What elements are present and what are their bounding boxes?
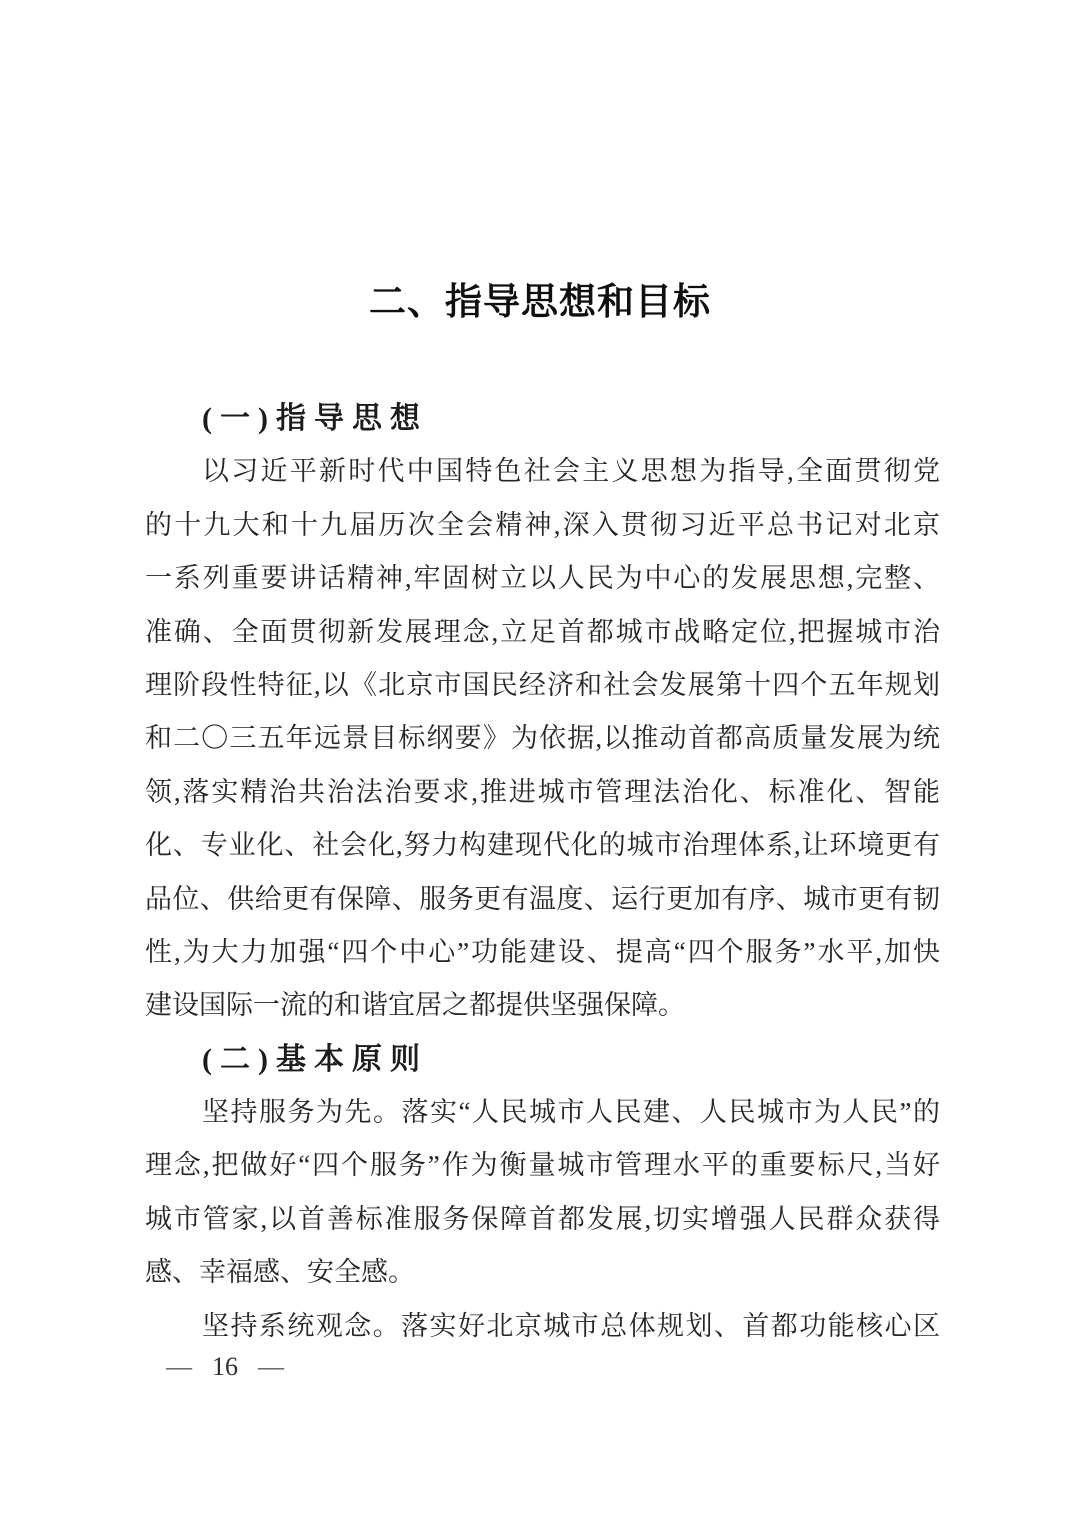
page-number: — 16 — (166, 1350, 284, 1384)
body-line: 坚持系统观念。落实好北京城市总体规划、首都功能核心区 (145, 1300, 940, 1353)
body-line: 理阶段性特征,以《北京市国民经济和社会发展第十四个五年规划 (145, 659, 940, 712)
body-line: 坚持服务为先。落实“人民城市人民建、人民城市为人民”的 (145, 1086, 940, 1139)
body-line: 领,落实精治共治法治要求,推进城市管理法治化、标准化、智能 (145, 766, 940, 819)
body-line: 和二〇三五年远景目标纲要》为依据,以推动首都高质量发展为统 (145, 712, 940, 765)
body-line: 理念,把做好“四个服务”作为衡量城市管理水平的重要标尺,当好 (145, 1139, 940, 1192)
body-line: 建设国际一流的和谐宜居之都提供坚强保障。 (145, 979, 940, 1032)
body-line: 化、专业化、社会化,努力构建现代化的城市治理体系,让环境更有 (145, 819, 940, 872)
page-number-dash-left: — (166, 1352, 192, 1382)
body-line: 性,为大力加强“四个中心”功能建设、提高“四个服务”水平,加快 (145, 926, 940, 979)
document-page: 二、指导思想和目标 (一)指导思想 以习近平新时代中国特色社会主义思想为指导,全… (0, 0, 1080, 1527)
page-number-value: 16 (212, 1352, 238, 1382)
body-line: 一系列重要讲话精神,牢固树立以人民为中心的发展思想,完整、 (145, 552, 940, 605)
body-line: 感、幸福感、安全感。 (145, 1246, 940, 1299)
body-line: 城市管家,以首善标准服务保障首都发展,切实增强人民群众获得 (145, 1193, 940, 1246)
body-line: 的十九大和十九届历次全会精神,深入贯彻习近平总书记对北京 (145, 499, 940, 552)
section-heading-1: (一)指导思想 (145, 392, 940, 445)
section-heading-2: (二)基本原则 (145, 1033, 940, 1086)
document-body: (一)指导思想 以习近平新时代中国特色社会主义思想为指导,全面贯彻党 的十九大和… (145, 392, 940, 1353)
page-title: 二、指导思想和目标 (0, 278, 1080, 328)
page-number-dash-right: — (258, 1352, 284, 1382)
body-line: 品位、供给更有保障、服务更有温度、运行更加有序、城市更有韧 (145, 873, 940, 926)
body-line: 准确、全面贯彻新发展理念,立足首都城市战略定位,把握城市治 (145, 606, 940, 659)
body-line: 以习近平新时代中国特色社会主义思想为指导,全面贯彻党 (145, 445, 940, 498)
